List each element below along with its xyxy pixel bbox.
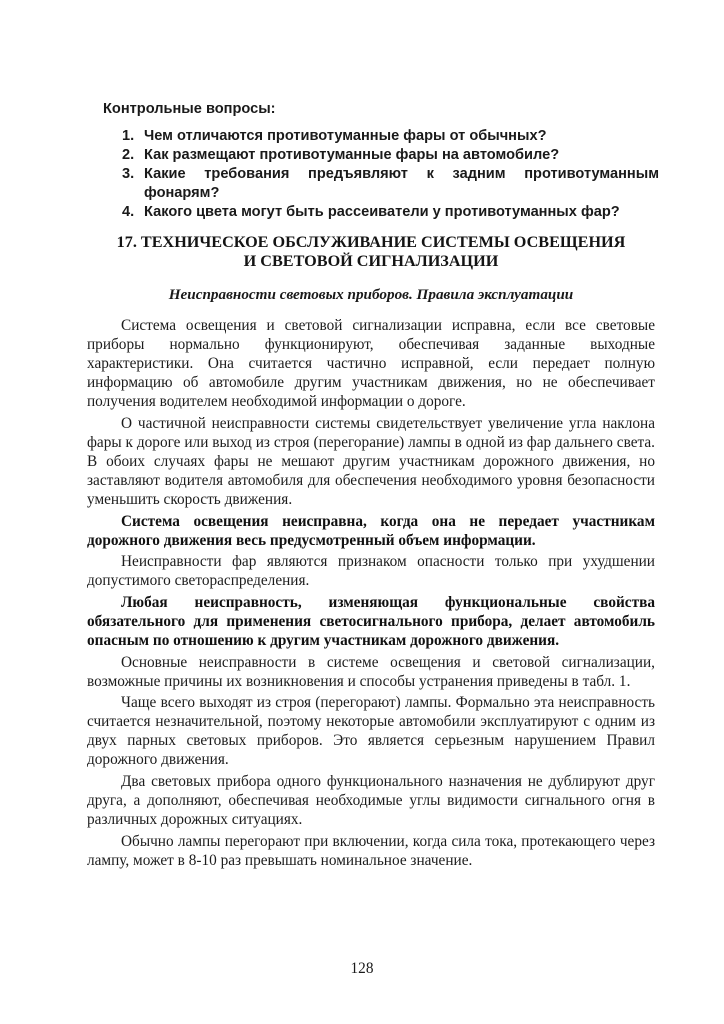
review-questions-title: Контрольные вопросы: [103,100,659,119]
question-number: 3. [122,165,144,184]
question-text: Чем отличаются противотуманные фары от о… [144,127,659,146]
question-text: Какого цвета могут быть рассеиватели у п… [144,203,659,222]
chapter-title-line-2: И СВЕТОВОЙ СИГНАЛИЗАЦИИ [244,252,499,270]
paragraph: Обычно лампы перегорают при включении, к… [87,832,655,870]
paragraph: Система освещения и световой сигнализаци… [87,316,655,411]
paragraph: Неисправности фар являются признаком опа… [87,552,655,590]
review-questions-list: 1. Чем отличаются противотуманные фары о… [103,127,659,222]
question-item: 2. Как размещают противотуманные фары на… [103,146,659,165]
question-text: Какие требования предъявляют к задним пр… [144,165,659,203]
body-text: Система освещения и световой сигнализаци… [87,316,655,872]
question-text: Как размещают противотуманные фары на ав… [144,146,659,165]
paragraph: Два световых прибора одного функциональн… [87,772,655,829]
paragraph-emphasis: Любая неисправность, изменяющая функцион… [87,593,655,650]
document-page: Контрольные вопросы: 1. Чем отличаются п… [0,0,724,1024]
paragraph: О частичной неисправности системы свидет… [87,414,655,509]
paragraph: Основные неисправности в системе освещен… [87,653,655,691]
paragraph: Чаще всего выходят из строя (перегорают)… [87,693,655,769]
question-item: 4. Какого цвета могут быть рассеиватели … [103,203,659,222]
question-number: 4. [122,203,144,222]
chapter-title: 17. ТЕХНИЧЕСКОЕ ОБСЛУЖИВАНИЕ СИСТЕМЫ ОСВ… [87,233,655,271]
page-number: 128 [0,960,724,978]
review-questions: Контрольные вопросы: 1. Чем отличаются п… [103,100,659,222]
question-item: 3. Какие требования предъявляют к задним… [103,165,659,203]
question-item: 1. Чем отличаются противотуманные фары о… [103,127,659,146]
chapter-title-line-1: 17. ТЕХНИЧЕСКОЕ ОБСЛУЖИВАНИЕ СИСТЕМЫ ОСВ… [117,233,626,251]
paragraph-emphasis: Система освещения неисправна, когда она … [87,512,655,550]
question-number: 1. [122,127,144,146]
section-subtitle: Неисправности световых приборов. Правила… [87,285,655,304]
question-number: 2. [122,146,144,165]
